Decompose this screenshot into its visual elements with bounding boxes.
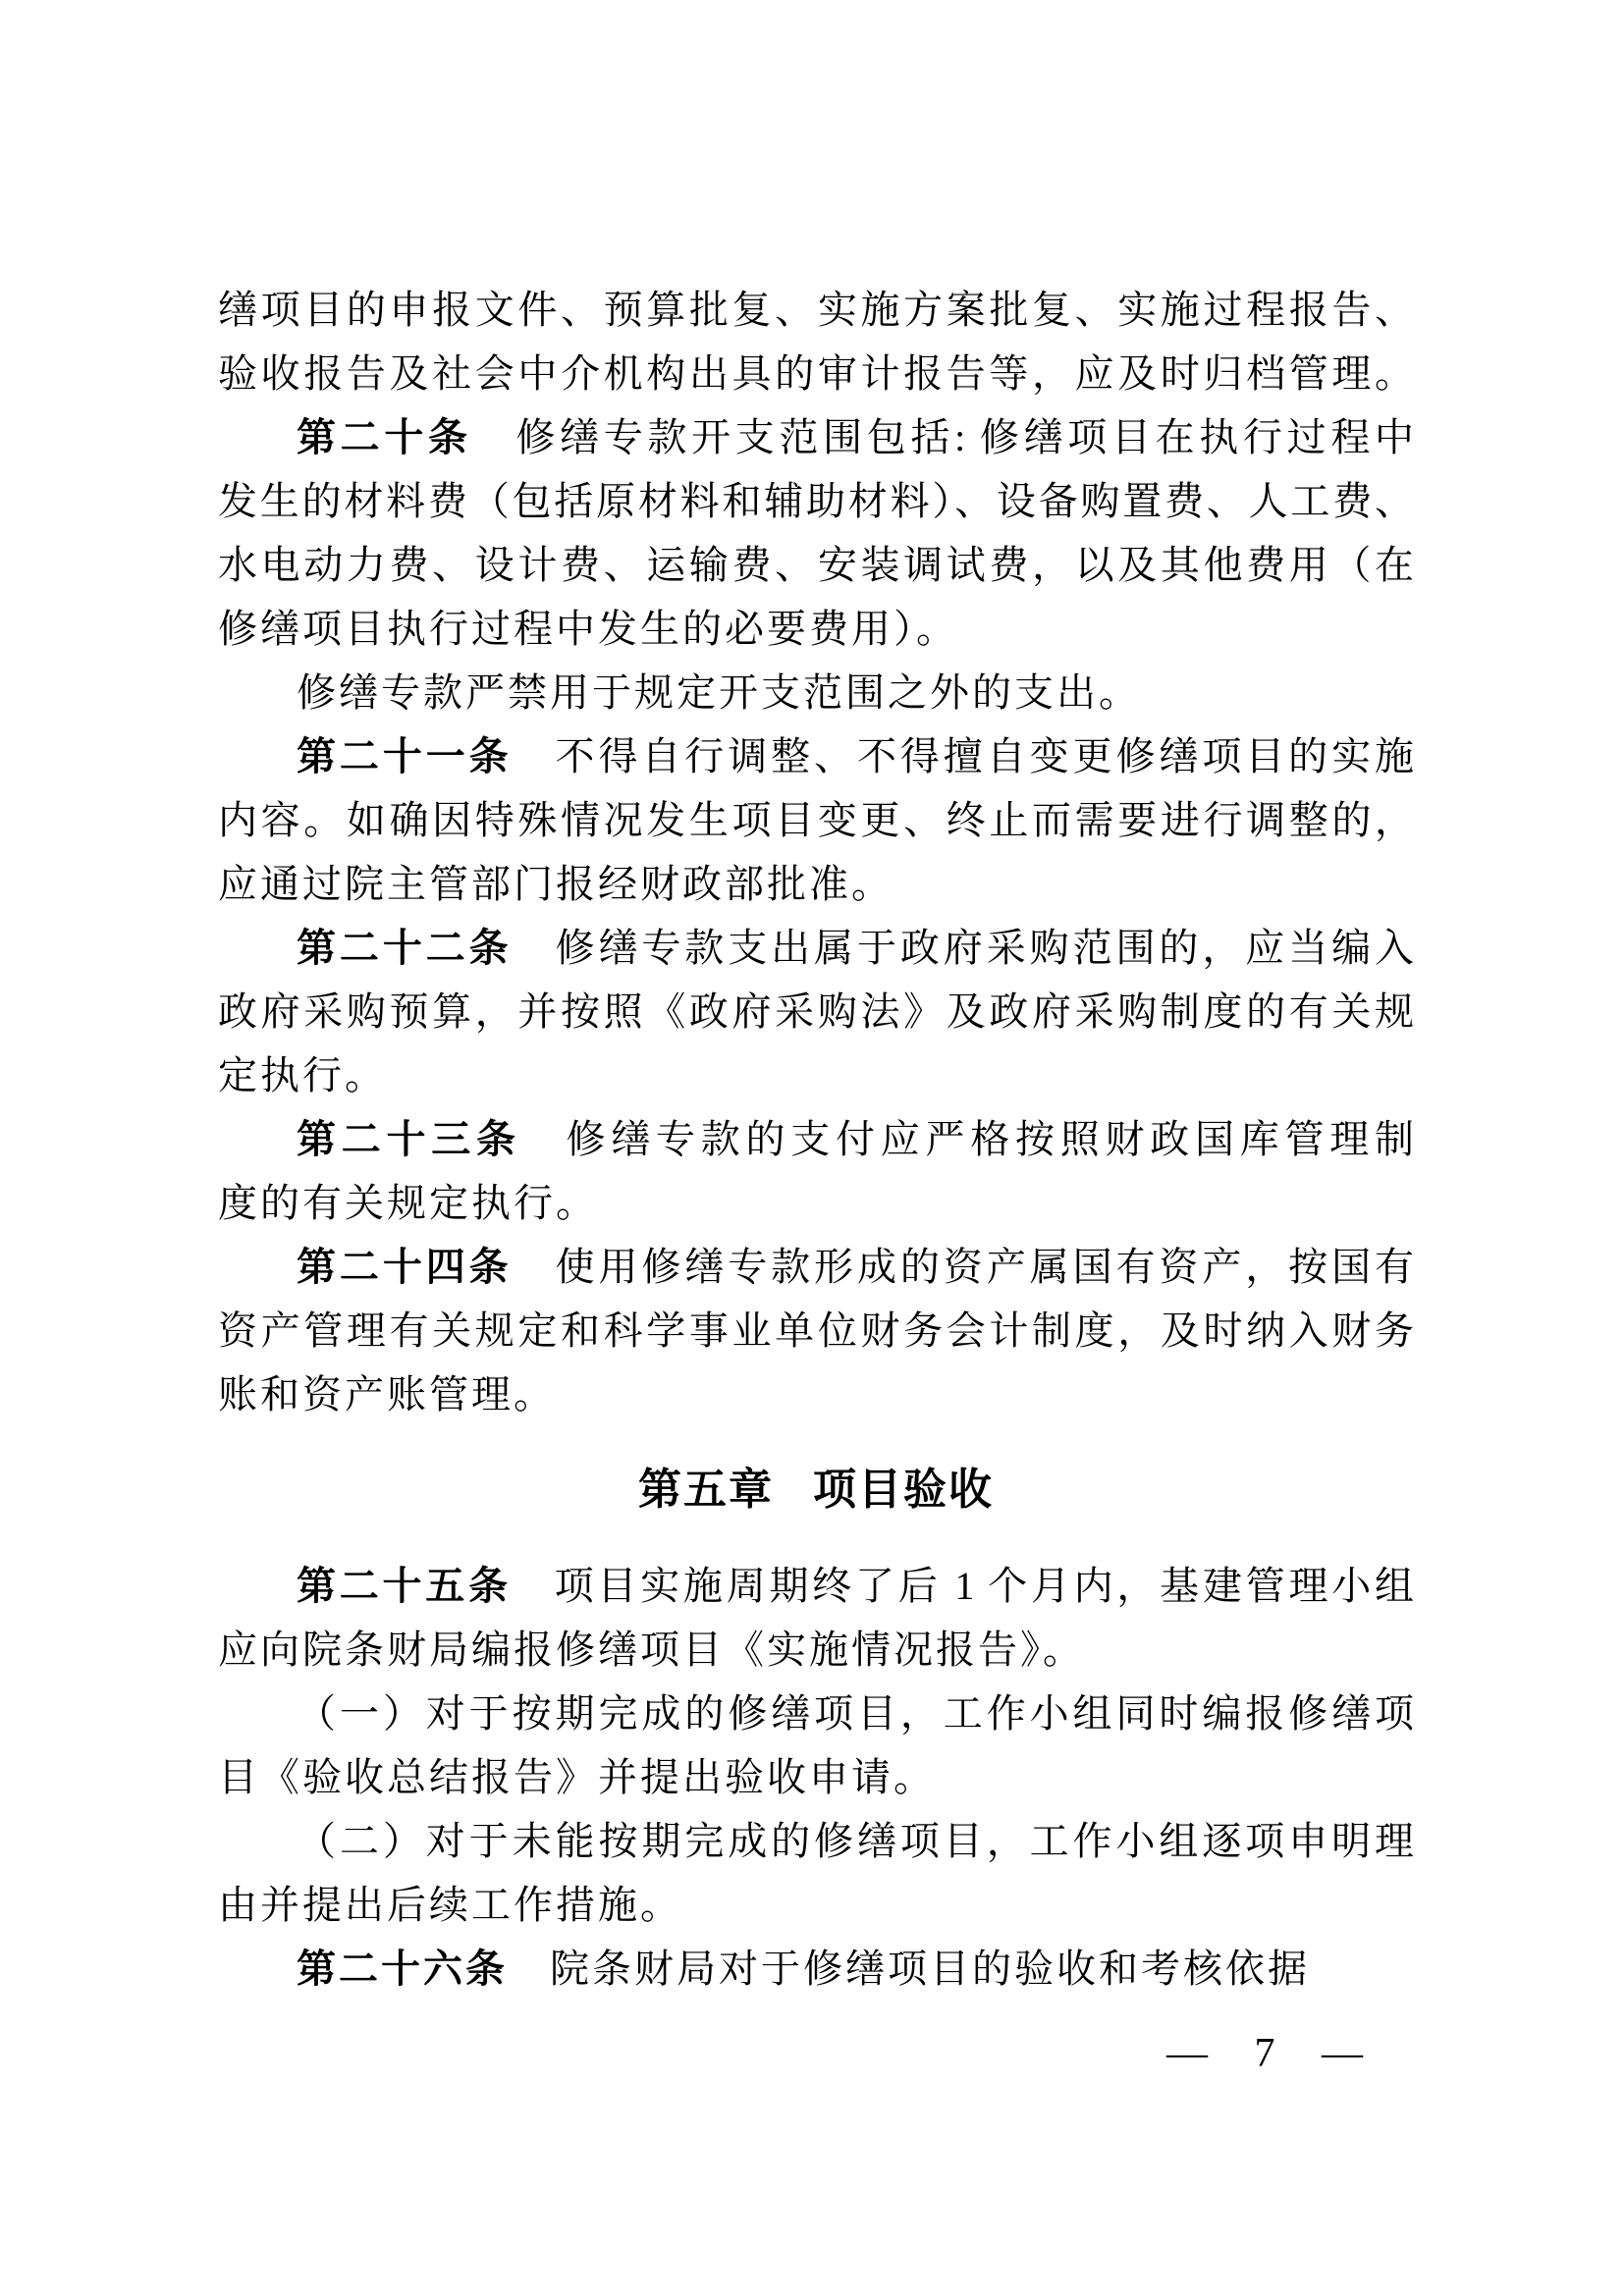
line-text: 修缮项目执行过程中发生的必要费用）。 [218,607,958,651]
line-text: （一）对于按期完成的修缮项目，工作小组同时编报修缮项 [297,1691,1414,1735]
line-text: 账和资产账管理。 [218,1372,556,1416]
line-text: 验收报告及社会中介机构出具的审计报告等，应及时归档管理。 [218,351,1414,396]
article-number: 第二十四条 [297,1245,513,1289]
text-line: 定执行。 [218,1043,1414,1107]
line-text: 定执行。 [218,1053,387,1097]
text-line: 账和资产账管理。 [218,1362,1414,1426]
article-number: 第二十三条 [297,1117,521,1161]
article-number: 第二十六条 [297,1947,508,1991]
footer-dash-right: — [1322,2030,1363,2077]
text-line: 由并提出后续工作措施。 [218,1873,1414,1937]
text-line: 内容。如确因特殊情况发生项目变更、终止而需要进行调整的， [218,788,1414,852]
article-line: 第二十四条 使用修缮专款形成的资产属国有资产，按国有 [218,1235,1414,1299]
article-number: 第二十一条 [297,734,513,778]
line-text: 发生的材料费（包括原材料和辅助材料）、设备购置费、人工费、 [218,479,1414,523]
text-line: 应向院条财局编报修缮项目《实施情况报告》。 [218,1618,1414,1682]
chapter-title: 项目验收 [813,1466,994,1514]
footer-dash-left: — [1166,2030,1208,2077]
page-footer: — 7 — [1166,2024,1363,2083]
text-block: 缮项目的申报文件、预算批复、实施方案批复、实施过程报告、 验收报告及社会中介机构… [218,278,1414,2001]
article-line: 第二十一条 不得自行调整、不得擅自变更修缮项目的实施 [218,724,1414,788]
text-line: 验收报告及社会中介机构出具的审计报告等，应及时归档管理。 [218,342,1414,405]
text-line: 缮项目的申报文件、预算批复、实施方案批复、实施过程报告、 [218,278,1414,342]
article-number: 第二十条 [297,415,472,459]
text-line: 修缮项目执行过程中发生的必要费用）。 [218,597,1414,661]
article-line: 第二十三条 修缮专款的支付应严格按照财政国库管理制 [218,1107,1414,1171]
line-text: 度的有关规定执行。 [218,1181,598,1225]
text-line: 政府采购预算，并按照《政府采购法》及政府采购制度的有关规 [218,980,1414,1043]
line-text: 修缮专款开支范围包括: 修缮项目在执行过程中 [472,415,1414,459]
text-line: 度的有关规定执行。 [218,1171,1414,1235]
line-text: 使用修缮专款形成的资产属国有资产，按国有 [513,1245,1414,1289]
article-line: 第二十六条 院条财局对于修缮项目的验收和考核依据 [218,1937,1414,2001]
article-line: 第二十五条 项目实施周期终了后 1 个月内，基建管理小组 [218,1554,1414,1618]
document-page: 缮项目的申报文件、预算批复、实施方案批复、实施过程报告、 验收报告及社会中介机构… [0,0,1624,2296]
line-text: 由并提出后续工作措施。 [218,1883,682,1927]
line-text: 应通过院主管部门报经财政部批准。 [218,862,893,906]
text-line: 修缮专款严禁用于规定开支范围之外的支出。 [218,661,1414,724]
page-number: 7 [1255,2030,1275,2077]
line-text: 缮项目的申报文件、预算批复、实施方案批复、实施过程报告、 [218,288,1414,332]
line-text: 资产管理有关规定和科学事业单位财务会计制度，及时纳入财务 [218,1308,1414,1353]
article-number: 第二十二条 [297,926,513,970]
text-line: 资产管理有关规定和科学事业单位财务会计制度，及时纳入财务 [218,1299,1414,1362]
text-line: 应通过院主管部门报经财政部批准。 [218,852,1414,916]
line-text: 院条财局对于修缮项目的验收和考核依据 [508,1947,1310,1991]
line-text: 项目实施周期终了后 1 个月内，基建管理小组 [512,1564,1414,1608]
text-line: 目《验收总结报告》并提出验收申请。 [218,1745,1414,1809]
line-text: 内容。如确因特殊情况发生项目变更、终止而需要进行调整的， [218,798,1414,842]
line-text: 水电动力费、设计费、运输费、安装调试费，以及其他费用（在 [218,543,1414,587]
line-text: 政府采购预算，并按照《政府采购法》及政府采购制度的有关规 [218,989,1414,1034]
line-text: （二）对于未能按期完成的修缮项目，工作小组逐项申明理 [297,1819,1414,1863]
chapter-heading: 第五章项目验收 [218,1426,1414,1554]
line-text: 修缮专款的支付应严格按照财政国库管理制 [521,1117,1414,1161]
article-line: 第二十条 修缮专款开支范围包括: 修缮项目在执行过程中 [218,405,1414,469]
line-text: 应向院条财局编报修缮项目《实施情况报告》。 [218,1628,1085,1672]
chapter-number: 第五章 [638,1466,774,1514]
line-text: 修缮专款严禁用于规定开支范围之外的支出。 [297,670,1141,715]
line-text: 修缮专款支出属于政府采购范围的，应当编入 [513,926,1414,970]
text-line: 水电动力费、设计费、运输费、安装调试费，以及其他费用（在 [218,533,1414,597]
text-line: （二）对于未能按期完成的修缮项目，工作小组逐项申明理 [218,1809,1414,1873]
line-text: 不得自行调整、不得擅自变更修缮项目的实施 [513,734,1414,778]
article-line: 第二十二条 修缮专款支出属于政府采购范围的，应当编入 [218,916,1414,980]
article-number: 第二十五条 [297,1564,512,1608]
line-text: 目《验收总结报告》并提出验收申请。 [218,1755,936,1799]
text-line: （一）对于按期完成的修缮项目，工作小组同时编报修缮项 [218,1682,1414,1745]
text-line: 发生的材料费（包括原材料和辅助材料）、设备购置费、人工费、 [218,469,1414,533]
